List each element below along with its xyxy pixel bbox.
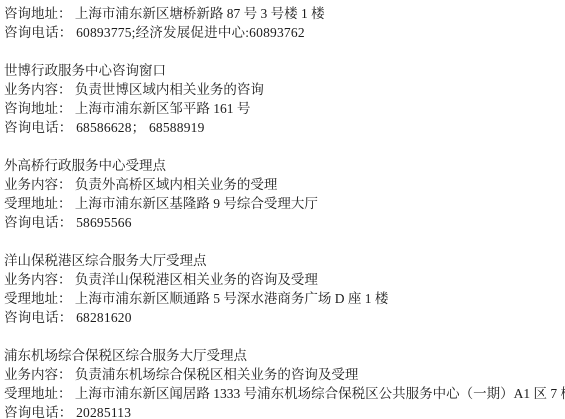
consult-phone-line: 咨询电话： 60893775;经济发展促进中心:60893762	[4, 23, 559, 42]
block-heading: 洋山保税港区综合服务大厅受理点	[4, 251, 559, 270]
contact-block-pudong-airport: 浦东机场综合保税区综合服务大厅受理点 业务内容： 负责浦东机场综合保税区相关业务…	[4, 346, 559, 419]
contact-block-waigaoqiao: 外高桥行政服务中心受理点 业务内容： 负责外高桥区域内相关业务的受理 受理地址：…	[4, 156, 559, 232]
consult-address-line: 咨询地址： 上海市浦东新区邹平路 161 号	[4, 99, 559, 118]
accept-address-line: 受理地址： 上海市浦东新区闻居路 1333 号浦东机场综合保税区公共服务中心（一…	[4, 384, 559, 403]
consult-phone-line: 咨询电话： 20285113	[4, 403, 559, 419]
document-page: 咨询地址： 上海市浦东新区塘桥新路 87 号 3 号楼 1 楼 咨询电话： 60…	[0, 0, 565, 419]
consult-phone-line: 咨询电话： 68281620	[4, 308, 559, 327]
contact-block-shibo: 世博行政服务中心咨询窗口 业务内容： 负责世博区域内相关业务的咨询 咨询地址： …	[4, 61, 559, 137]
contact-block-tangqiao: 咨询地址： 上海市浦东新区塘桥新路 87 号 3 号楼 1 楼 咨询电话： 60…	[4, 4, 559, 42]
block-heading: 浦东机场综合保税区综合服务大厅受理点	[4, 346, 559, 365]
block-heading: 世博行政服务中心咨询窗口	[4, 61, 559, 80]
accept-address-line: 受理地址： 上海市浦东新区基隆路 9 号综合受理大厅	[4, 194, 559, 213]
business-scope-line: 业务内容： 负责洋山保税港区相关业务的咨询及受理	[4, 270, 559, 289]
business-scope-line: 业务内容： 负责外高桥区域内相关业务的受理	[4, 175, 559, 194]
consult-address-line: 咨询地址： 上海市浦东新区塘桥新路 87 号 3 号楼 1 楼	[4, 4, 559, 23]
consult-phone-line: 咨询电话： 68586628； 68588919	[4, 118, 559, 137]
accept-address-line: 受理地址： 上海市浦东新区顺通路 5 号深水港商务广场 D 座 1 楼	[4, 289, 559, 308]
business-scope-line: 业务内容： 负责世博区域内相关业务的咨询	[4, 80, 559, 99]
contact-block-yangshan: 洋山保税港区综合服务大厅受理点 业务内容： 负责洋山保税港区相关业务的咨询及受理…	[4, 251, 559, 327]
business-scope-line: 业务内容： 负责浦东机场综合保税区相关业务的咨询及受理	[4, 365, 559, 384]
consult-phone-line: 咨询电话： 58695566	[4, 213, 559, 232]
block-heading: 外高桥行政服务中心受理点	[4, 156, 559, 175]
